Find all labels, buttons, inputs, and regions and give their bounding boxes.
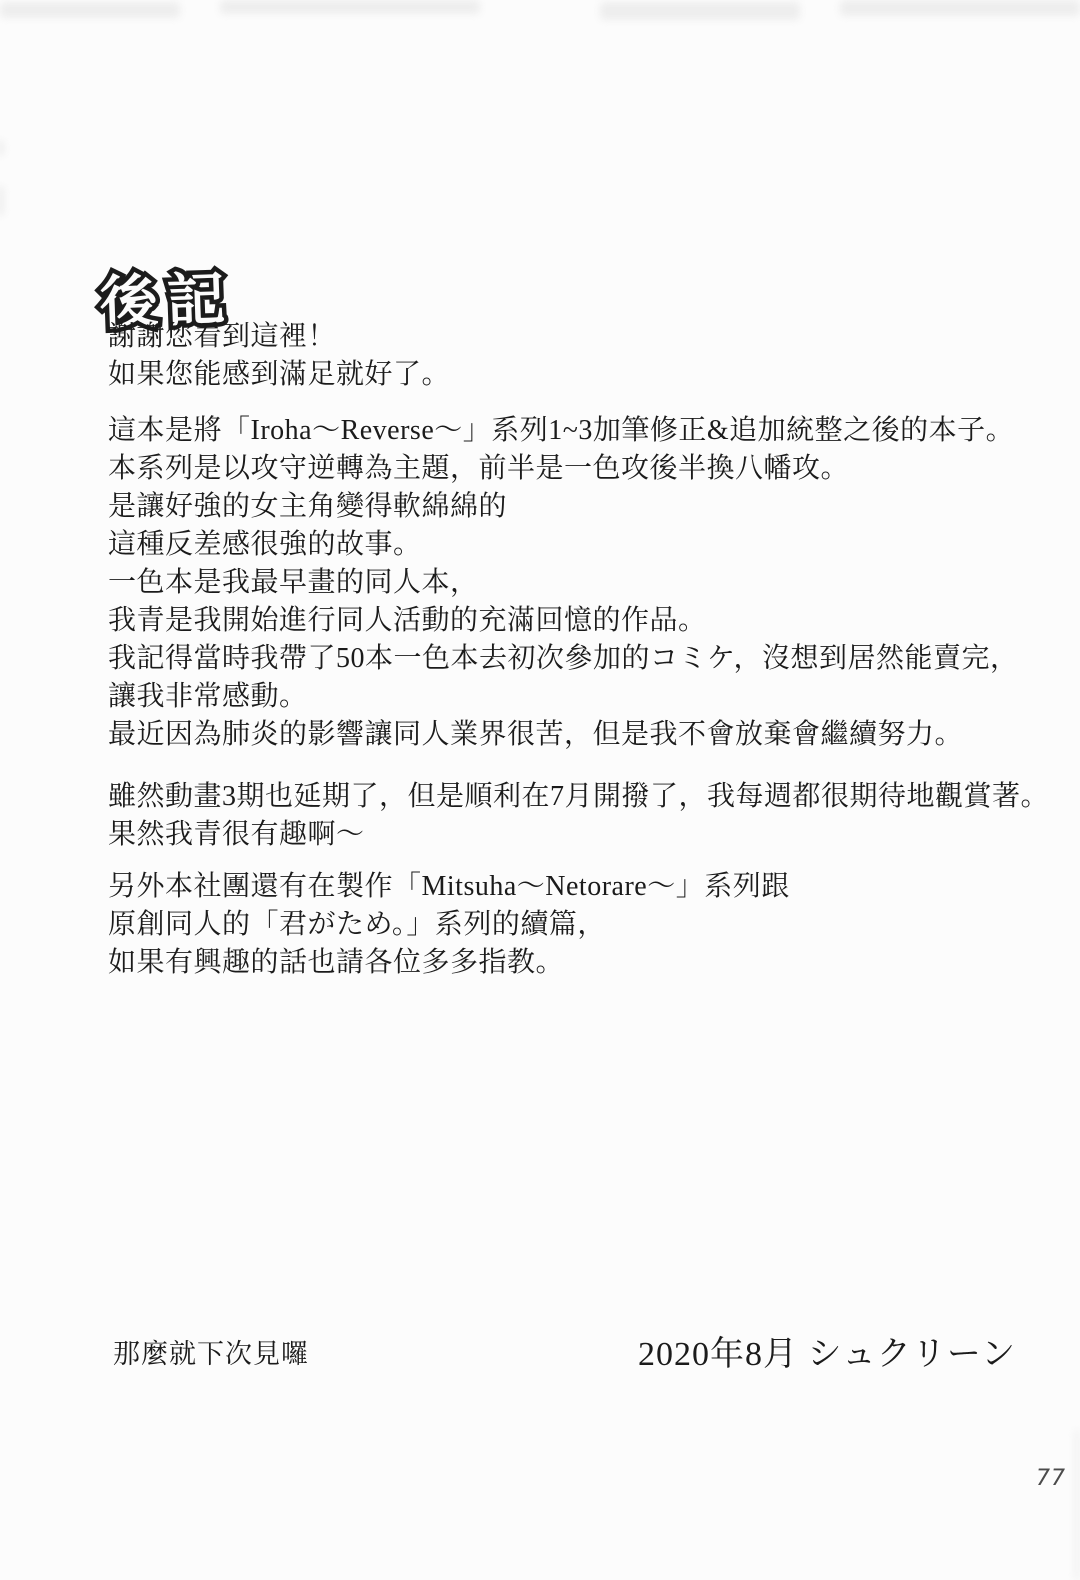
paragraph-thanks: 謝謝您看到這裡！ 如果您能感到滿足就好了。: [108, 318, 450, 394]
scan-artifact: [600, 2, 800, 20]
text-line: 這種反差感很強的故事。: [108, 526, 1014, 564]
scan-artifact: [1075, 1430, 1079, 1580]
scan-artifact: [0, 186, 4, 216]
text-line: 讓我非常感動。: [108, 678, 1019, 716]
text-line: 如果有興趣的話也請各位多多指教。: [108, 944, 790, 982]
paragraph-other-works: 另外本社團還有在製作「Mitsuha～Netorare～」系列跟 原創同人的「君…: [108, 868, 790, 982]
paragraph-memories: 一色本是我最早畫的同人本， 我青是我開始進行同人活動的充滿回憶的作品。 我記得當…: [108, 564, 1019, 716]
text-line: 這本是將「Iroha～Reverse～」系列1~3加筆修正&追加統整之後的本子。: [108, 412, 1014, 450]
scan-artifact: [0, 140, 4, 156]
afterword-page: 後記 後記 謝謝您看到這裡！ 如果您能感到滿足就好了。 這本是將「Iroha～R…: [0, 0, 1080, 1580]
page-number: 77: [1036, 1466, 1066, 1491]
text-line: 果然我青很有趣啊～: [108, 816, 1049, 854]
scan-artifact: [840, 0, 1080, 16]
date-signature-text: 2020年8月 シュクリーン: [638, 1326, 1016, 1375]
text-line: 如果您能感到滿足就好了。: [108, 356, 450, 394]
paragraph-pandemic: 最近因為肺炎的影響讓同人業界很苦，但是我不會放棄會繼續努力。: [108, 716, 963, 754]
scan-artifact: [0, 2, 180, 18]
text-line: 最近因為肺炎的影響讓同人業界很苦，但是我不會放棄會繼續努力。: [108, 716, 963, 754]
text-line: 一色本是我最早畫的同人本，: [108, 564, 1019, 602]
paragraph-anime: 雖然動畫3期也延期了，但是順利在7月開撥了，我每週都很期待地觀賞著。 果然我青很…: [108, 778, 1049, 854]
text-line: 是讓好強的女主角變得軟綿綿的: [108, 488, 1014, 526]
text-line: 本系列是以攻守逆轉為主題，前半是一色攻後半換八幡攻。: [108, 450, 1014, 488]
text-line: 原創同人的「君がため。」系列的續篇，: [108, 906, 790, 944]
scan-artifact: [220, 0, 480, 14]
text-line: 我記得當時我帶了50本一色本去初次參加的コミケ，沒想到居然能賣完，: [108, 640, 1019, 678]
text-line: 我青是我開始進行同人活動的充滿回憶的作品。: [108, 602, 1019, 640]
text-line: 另外本社團還有在製作「Mitsuha～Netorare～」系列跟: [108, 868, 790, 906]
text-line: 雖然動畫3期也延期了，但是順利在7月開撥了，我每週都很期待地觀賞著。: [108, 778, 1049, 816]
sign-off-text: 那麼就下次見囉: [113, 1332, 309, 1371]
text-line: 謝謝您看到這裡！: [108, 318, 450, 356]
paragraph-series-description: 這本是將「Iroha～Reverse～」系列1~3加筆修正&追加統整之後的本子。…: [108, 412, 1014, 564]
